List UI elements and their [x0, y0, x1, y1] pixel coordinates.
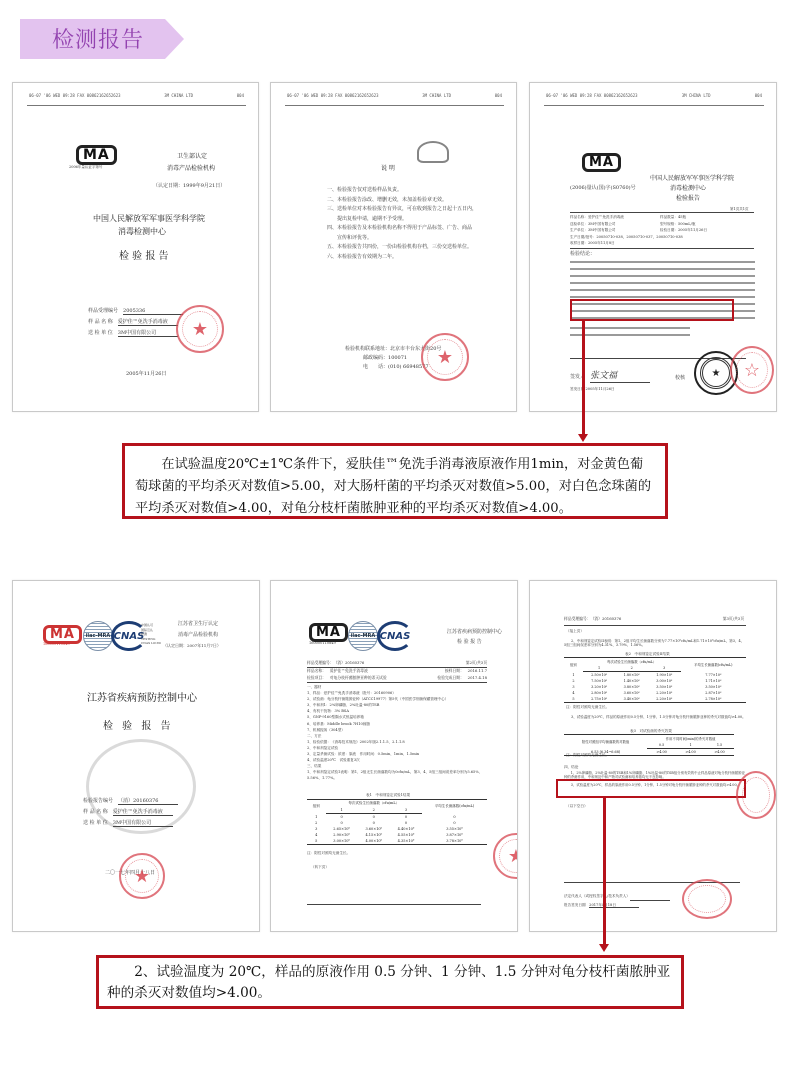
highlight-box — [556, 779, 746, 798]
report-header: 样品受理编号：（消）20160376第2页/共3页 — [307, 661, 487, 666]
table-cell: >4.00 — [647, 749, 676, 756]
divider — [27, 105, 246, 106]
section-banner: 检测报告 — [20, 19, 184, 59]
report-page-4-cover: MA 160000110849 ilac-MRA CNAS 中国认可 国际互认 … — [12, 580, 260, 932]
red-seal-stamp: ★ — [493, 833, 518, 879]
callout-text: 2、试验温度为 20℃，样品的原液作用 0.5 分钟、1 分钟、1.5 分钟对龟… — [107, 962, 673, 1004]
divider — [285, 105, 504, 106]
table-cell: 5 — [307, 838, 326, 845]
ma-logo-icon: MA — [76, 145, 117, 165]
signature-row: 法定代表人（或授权签字人/技术负责人） — [564, 890, 670, 901]
result-callout-1: 在试验温度20℃±1℃条件下，爱肤佳™免洗手消毒液原液作用1min，对金黄色葡萄… — [122, 443, 668, 519]
org-name: 中国人民解放军军事医学科学院 — [650, 173, 734, 182]
fax-header: 06-07 '06 WED 09:28 FAX 008621626526233M… — [287, 93, 502, 98]
org-name: 中国人民解放军军事医学科学院 — [93, 213, 205, 224]
divider — [564, 625, 746, 626]
cert-number: (2006)量认(国)字(S0760)号 — [570, 185, 636, 191]
paragraph: 2、中和剂鉴定试验II表明：第1、2组平均生长菌落数分别为7.77×10⁶cfu… — [564, 639, 746, 647]
report-header: 样品受理编号：（消）20160376第3页/共3页 — [564, 617, 744, 622]
callout-text: 在试验温度20℃±1℃条件下，爱肤佳™免洗手消毒液原液作用1min，对金黄色葡萄… — [135, 454, 655, 520]
report-page-5-method: MA 160000110849 ilac-MRA CNAS 江苏省疾病预防控制中… — [270, 580, 518, 932]
table-note: 注：阴性对照均无菌生长。 — [566, 705, 609, 709]
result-callout-2: 2、试验温度为 20℃，样品的原液作用 0.5 分钟、1 分钟、1.5 分钟对龟… — [96, 955, 684, 1009]
red-seal-stamp — [682, 879, 732, 919]
fax-header: 06-07 '06 WED 09:28 FAX 008621626526233M… — [546, 93, 762, 98]
table-cell: 4.00×10⁶ — [358, 838, 390, 845]
report-page-3-results: 06-07 '06 WED 09:28 FAX 008621626526233M… — [529, 82, 777, 412]
org-name: 江苏省疾病预防控制中心 — [87, 689, 197, 704]
ilac-mra-logo-icon: ilac-MRA — [348, 621, 378, 651]
info-right: 样品数量：45瓶 型号规格：500mL/瓶 检验日期：2005年11月26日 — [660, 214, 707, 234]
method-body: 一、器材 1、样品：爱护佳™免洗手消毒液（批号：20160906） 2、试验菌：… — [307, 684, 487, 782]
table-cell: 2.78×10⁶ — [681, 696, 746, 703]
banner-title: 检测报告 — [52, 23, 144, 54]
table-cell: 3.40×10⁶ — [615, 696, 648, 703]
table-caption: 表3 对试验菌的杀灭效果 — [630, 729, 672, 733]
cert-line: 江苏省卫生厅认定 — [178, 621, 218, 627]
ilac-mra-logo-icon: ilac-MRA — [83, 621, 113, 651]
paragraph: 3、试验温度为20℃，样品的原液作用0.5分钟、1分钟、1.5分钟对龟分枝杆菌脓… — [564, 715, 746, 719]
stamp-mark — [417, 141, 449, 163]
org-sub: 消毒检测中心 — [118, 226, 166, 237]
field-row: 检验报告编号 （消）20160376 — [83, 798, 178, 805]
divider — [570, 248, 754, 249]
cert-date: （认定日期：1999年9月21日） — [153, 183, 225, 189]
cert-line: 消毒产品检验机构 — [178, 632, 218, 638]
field-row: 样 品 名 称 爱护佳™免洗手消毒液 — [83, 809, 173, 816]
divider — [570, 212, 754, 213]
field-row: 样品受理编号 2005336 — [88, 308, 183, 315]
org-name: 江苏省疾病预防控制中心 — [447, 629, 502, 635]
red-seal-stamp: ★ — [176, 305, 224, 353]
cnas-caption: 中国认可 国际互认 检测 TESTING CNAS L0180 — [141, 623, 161, 646]
divider — [307, 682, 487, 683]
ma-caption: 160000110849 — [309, 641, 336, 645]
report-title: 检 验 报 告 — [103, 717, 174, 732]
connector-line — [582, 319, 585, 435]
table-row: 53.00×10⁶4.00×10⁶4.35×10⁶3.78×10⁶ — [307, 838, 487, 845]
table-row: 52.75×10⁶3.40×10⁶2.20×10⁶2.78×10⁶ — [564, 696, 746, 703]
issue-date: 签发日期 2005年11月26日 — [570, 387, 615, 391]
report-title: 检 验 报 告 — [119, 247, 169, 262]
conclusion-heading: 检验结论： — [570, 251, 595, 257]
highlight-box — [570, 299, 734, 321]
field-row: 送 检 单 位 3M中国有限公司 — [88, 330, 178, 337]
continued-note: （转下页） — [311, 865, 329, 869]
report-page-6-conclusion: 样品受理编号：（消）20160376第3页/共3页 （接上页） 2、中和剂鉴定试… — [529, 580, 777, 932]
field-row: 样 品 名 称 爱护佳™免洗手消毒液 — [88, 319, 178, 326]
cert-line: 消毒产品检验机构 — [167, 163, 215, 172]
results-table-2: 组别每次试验生长菌落数（cfu/mL）平均生长菌落数(cfu/mL) 123 1… — [564, 657, 746, 703]
ma-caption: 160000110849 — [43, 642, 70, 646]
cert-date: （认定日期：2007年11月7日） — [163, 644, 221, 649]
arrow-down-icon — [578, 434, 588, 442]
red-seal-stamp: ★ — [421, 333, 469, 381]
report-title: 检验报告 — [676, 193, 700, 202]
report-page-2-notes: 06-07 '06 WED 09:28 FAX 008621626526233M… — [270, 82, 517, 412]
field-row: 送 检 单 位 3M中国有限公司 — [83, 820, 173, 827]
arrow-down-icon — [599, 944, 609, 952]
text-lines — [570, 327, 690, 341]
info-row: 检验项目： 对龟分枝杆菌脓肿亚种的杀灭试验检验完成日期： 2017.4.18 — [307, 676, 487, 681]
table-note: 注：阴性对照均无菌生长。 — [566, 753, 609, 757]
paragraph: 1、2%卵磷脂、2%吐温-80的TSB和1%卵磷脂、1%吐温-80的TSB组分别… — [564, 771, 746, 779]
cnas-logo-icon: CNAS — [377, 621, 413, 651]
table-cell: 4.35×10⁶ — [390, 838, 422, 845]
ma-logo-icon: MA — [309, 623, 348, 642]
table-cell: >4.00 — [705, 749, 734, 756]
issue-date-row: 报告签发日期 2017年4月18日 — [564, 903, 639, 908]
table-caption: 表2 中和剂鉴定试验II结果 — [625, 652, 670, 656]
continued-note: （接上页） — [566, 629, 584, 633]
table-cell: 3.00×10⁶ — [326, 838, 358, 845]
logo-caption: 2006年量认证字第号 — [69, 165, 102, 169]
info-row: 样品名称： 爱护佳™免洗手消毒液接样日期： 2016.11.7 — [307, 669, 487, 674]
notes-title: 说 明 — [381, 163, 395, 172]
table-cell: 2.20×10⁶ — [648, 696, 681, 703]
end-note: （以下空白） — [566, 804, 588, 808]
red-seal-stamp: ☆ — [730, 346, 774, 394]
conclusion-heading: 四、结论 — [564, 765, 578, 769]
checker-label: 校核 — [675, 375, 685, 381]
report-page-1-cover: 06-07 '06 WED 09:28 FAX 008621626526233M… — [12, 82, 259, 412]
red-seal-stamp: ★ — [119, 853, 165, 899]
table-note: 注：阴性对照均无菌生长。 — [307, 851, 350, 855]
cert-line: 卫生部认定 — [177, 151, 207, 160]
page-number: 第1页共1页 — [730, 207, 748, 211]
org-sub: 消毒检测中心 — [670, 183, 706, 192]
table-cell: >4.00 — [676, 749, 705, 756]
table-caption: 表1 中和剂鉴定试验1结果 — [366, 793, 410, 797]
table-cell: 5 — [564, 696, 583, 703]
red-seal-stamp — [736, 771, 776, 819]
divider — [307, 904, 481, 905]
ma-logo-icon: MA — [582, 153, 621, 172]
table-cell: 3.78×10⁶ — [422, 838, 487, 845]
report-date: 2005年11月26日 — [126, 371, 166, 377]
fax-header: 06-07 '06 WED 09:28 FAX 008621626526233M… — [29, 93, 244, 98]
results-table-1: 组别每次试验生长菌落数（cfu/mL）平均生长菌落数(cfu/mL) 123 1… — [307, 799, 487, 845]
connector-line — [603, 797, 606, 945]
divider — [544, 105, 764, 106]
report-title: 检 验 报 告 — [457, 639, 482, 645]
notes-list: 一、检验报告仅对送检样品负责。 二、本检验报告涂改、增删无效，未加盖检验章无效。… — [327, 186, 477, 262]
table-cell: 2.75×10⁶ — [583, 696, 616, 703]
